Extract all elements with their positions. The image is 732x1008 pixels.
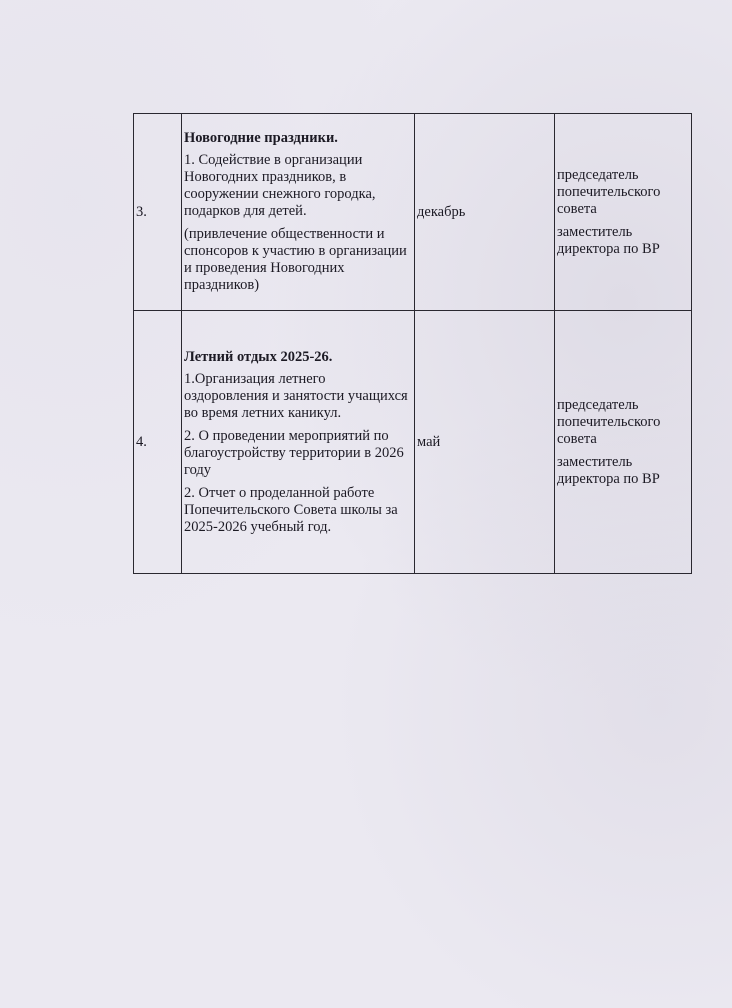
responsible-person: председатель попечительского совета bbox=[557, 397, 689, 448]
event-item: 1. Содействие в организации Новогодних п… bbox=[184, 152, 412, 220]
table-row: 4. Летний отдых 2025-26. 1.Организация л… bbox=[134, 311, 692, 574]
table-row: 3. Новогодние праздники. 1. Содействие в… bbox=[134, 114, 692, 311]
responsible-person: заместитель директора по ВР bbox=[557, 224, 689, 258]
responsible-person: председатель попечительского совета bbox=[557, 167, 689, 218]
row-number-cell: 4. bbox=[134, 311, 182, 574]
event-item: 2. Отчет о проделанной работе Попечитель… bbox=[184, 485, 412, 536]
row-number-cell: 3. bbox=[134, 114, 182, 311]
date-cell: май bbox=[415, 311, 555, 574]
responsible-cell: председатель попечительского совета заме… bbox=[555, 311, 692, 574]
responsible-cell: председатель попечительского совета заме… bbox=[555, 114, 692, 311]
event-cell: Летний отдых 2025-26. 1.Организация летн… bbox=[182, 311, 415, 574]
event-item: (привлечение общественности и спонсоров … bbox=[184, 226, 412, 294]
activity-plan-table: 3. Новогодние праздники. 1. Содействие в… bbox=[133, 113, 692, 574]
event-item: 1.Организация летнего оздоровления и зан… bbox=[184, 371, 412, 422]
responsible-person: заместитель директора по ВР bbox=[557, 454, 689, 488]
event-title: Новогодние праздники. bbox=[184, 130, 412, 147]
event-title: Летний отдых 2025-26. bbox=[184, 349, 412, 366]
date-cell: декабрь bbox=[415, 114, 555, 311]
event-cell: Новогодние праздники. 1. Содействие в ор… bbox=[182, 114, 415, 311]
event-item: 2. О проведении мероприятий по благоустр… bbox=[184, 428, 412, 479]
